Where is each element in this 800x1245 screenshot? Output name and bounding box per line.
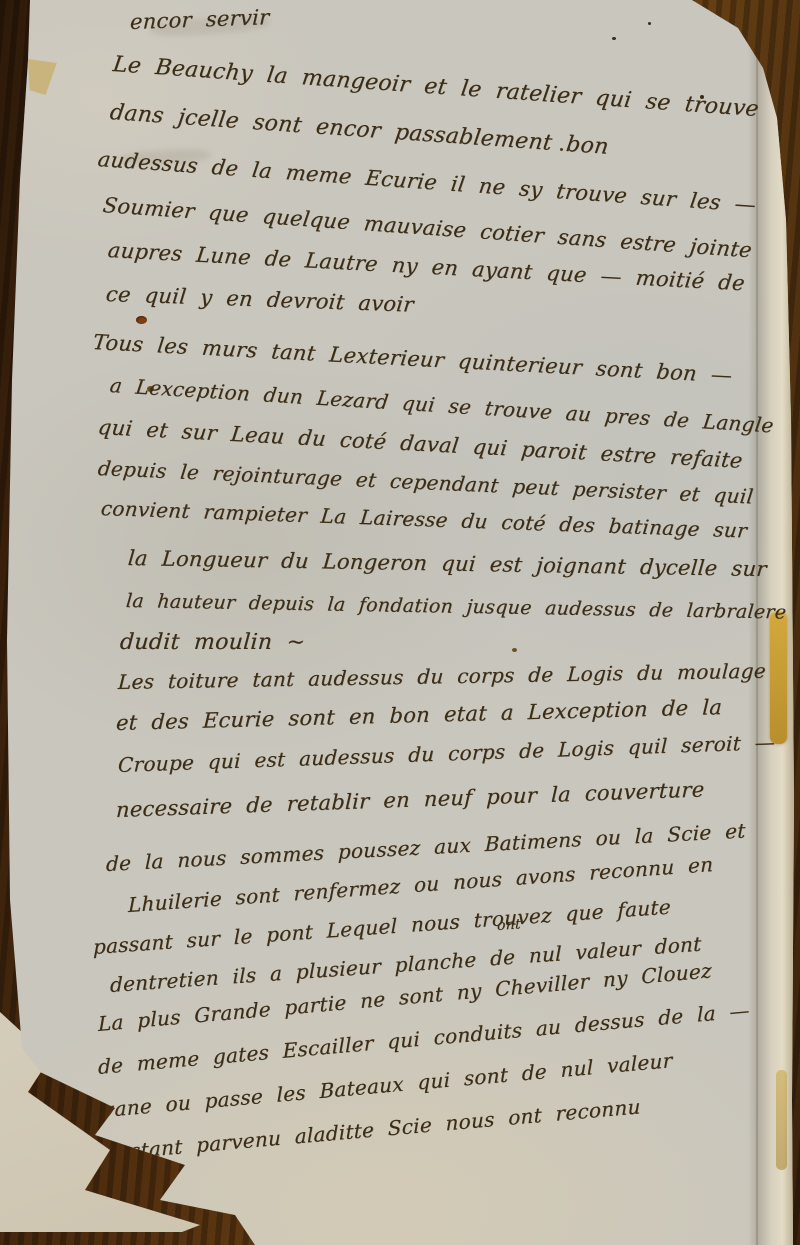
underlying-page-yellow-edge <box>770 612 787 744</box>
manuscript-line: la hauteur depuis la fondation jusque au… <box>125 590 787 623</box>
manuscript-line: la Longueur du Longeron qui est joignant… <box>127 546 768 581</box>
manuscript-line: Les toiture tant audessus du corps de Lo… <box>117 659 766 694</box>
torn-corner-notch <box>28 55 60 95</box>
underlying-page-yellow-edge-lower <box>776 1070 787 1170</box>
manuscript-line: encor servir <box>130 5 270 34</box>
interline-insertion: ont <box>497 916 521 934</box>
manuscript-line: necessaire de retablir en neuf pour la c… <box>116 777 705 822</box>
ink-blot <box>136 316 147 324</box>
manuscript-page: encor servir Le Beauchy la mangeoir et l… <box>0 0 800 1245</box>
manuscript-photo: encor servir Le Beauchy la mangeoir et l… <box>0 0 800 1245</box>
ink-speck <box>512 648 517 652</box>
manuscript-line: et des Ecurie sont en bon etat a Lexcept… <box>115 695 722 735</box>
ink-speck <box>612 37 616 40</box>
manuscript-line: ce quil y en devroit avoir <box>105 282 415 317</box>
manuscript-line: dudit moulin ~ <box>119 630 306 655</box>
ink-speck <box>648 22 651 25</box>
manuscript-line: Croupe qui est audessus du corps de Logi… <box>118 730 776 777</box>
